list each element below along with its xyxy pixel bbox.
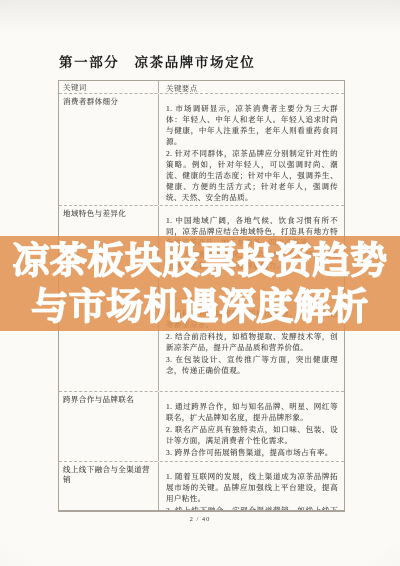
document-page: 第一部分 凉茶品牌市场定位 关键词 关键要点 消费者群体细分 1. 市场调研显示… [0,0,400,566]
row-points: 1. 随着互联网的发展，线上渠道成为凉茶品牌拓展市场的关键。品牌应加强线上平台建… [159,462,344,510]
overlay-title-line1: 凉茶板块股票投资趋势 [13,238,388,284]
point-text: 2. 线上线下融合，实现全渠道营销，如线上线下同步促销。 [166,505,338,511]
title-overlay-band: 凉茶板块股票投资趋势 与市场机遇深度解析 [0,236,400,331]
point-text: 2. 针对不同群体，凉茶品牌应分别制定针对性的策略。例如，针对年轻人，可以强调时… [166,148,338,203]
column-header-points: 关键要点 [159,81,344,93]
point-text: 3. 在包装设计、宣传推广等方面，突出健康理念，传递正确价值观。 [166,354,338,376]
row-keyword: 线上线下融合与全渠道营销 [59,462,159,510]
table-row: 跨界合作与品牌联名 1. 通过跨界合作，如与知名品牌、明星、网红等联名，扩大品牌… [59,392,344,462]
row-keyword: 跨界合作与品牌联名 [59,392,159,461]
point-text: 1. 市场调研显示，凉茶消费者主要分为三大群体：年轻人、中年人和老年人。年轻人追… [166,103,338,147]
row-keyword-label: 线上线下融合与全渠道营销 [63,465,150,484]
table-header-row: 关键词 关键要点 [59,81,344,94]
row-keyword-label: 地域特色与差异化 [63,209,126,218]
row-keyword-label: 消费者群体细分 [63,97,118,106]
row-points: 1. 市场调研显示，凉茶消费者主要分为三大群体：年轻人、中年人和老年人。年轻人追… [159,94,344,205]
row-keyword: 消费者群体细分 [59,94,159,205]
row-keyword-label: 跨界合作与品牌联名 [63,395,134,404]
point-text: 2. 联名产品应具有独特卖点，如口味、包装、设计等方面，满足消费者个性化需求。 [166,424,338,446]
point-text: 1. 通过跨界合作，如与知名品牌、明星、网红等联名，扩大品牌知名度，提升品牌形象… [166,401,338,423]
column-header-keyword: 关键词 [59,81,159,93]
point-text: 1. 随着互联网的发展，线上渠道成为凉茶品牌拓展市场的关键。品牌应加强线上平台建… [166,471,338,504]
table-row: 消费者群体细分 1. 市场调研显示，凉茶消费者主要分为三大群体：年轻人、中年人和… [59,94,344,206]
page-number: 2 / 40 [0,516,400,523]
overlay-title-line2: 与市场机遇深度解析 [31,284,369,330]
point-text: 3. 跨界合作可拓展销售渠道，提高市场占有率。 [166,447,338,458]
table-row: 线上线下融合与全渠道营销 1. 随着互联网的发展，线上渠道成为凉茶品牌拓展市场的… [59,462,344,511]
point-text: 2. 结合前沿科技，如植物提取、发酵技术等，创新凉茶产品，提升产品品质和营养价值… [166,331,338,353]
section-title: 第一部分 凉茶品牌市场定位 [59,51,255,71]
row-points: 1. 通过跨界合作，如与知名品牌、明星、网红等联名，扩大品牌知名度，提升品牌形象… [159,392,344,461]
